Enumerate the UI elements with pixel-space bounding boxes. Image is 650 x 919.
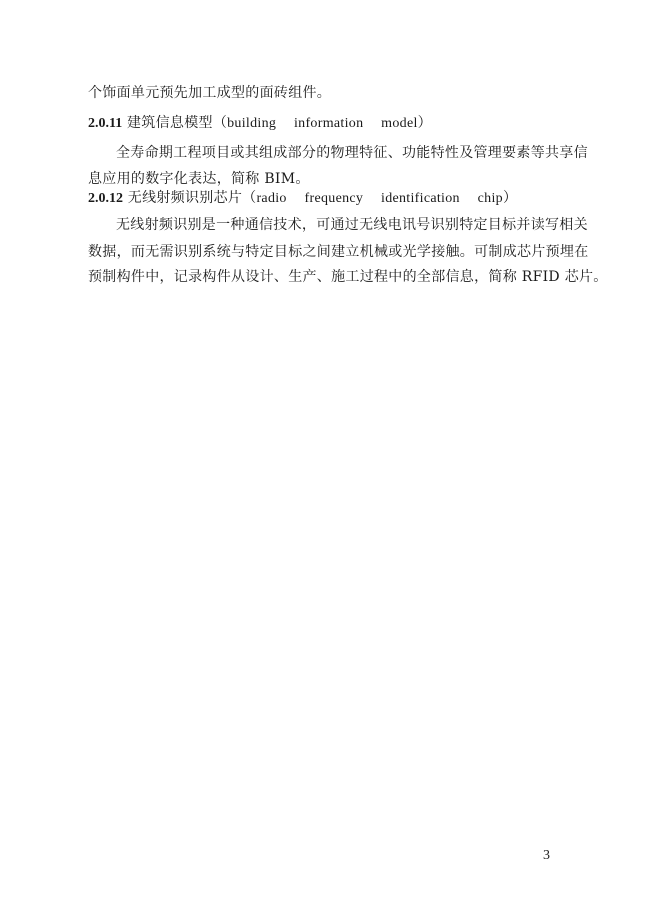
definition-line: 预制构件中，记录构件从设计、生产、施工过程中的全部信息，简称 RFID 芯片。	[88, 268, 608, 286]
term-title-en: （building information model）	[213, 116, 432, 131]
document-page: 个饰面单元预先加工成型的面砖组件。 2.0.11 建筑信息模型（building…	[0, 0, 650, 919]
section-heading-2-0-11: 2.0.11 建筑信息模型（building information model…	[88, 114, 432, 133]
paragraph-line: 个饰面单元预先加工成型的面砖组件。	[88, 84, 331, 102]
term-title-cn: 建筑信息模型	[127, 115, 213, 131]
term-title-en: （radio frequency identification chip）	[242, 191, 517, 206]
section-number: 2.0.11	[88, 116, 122, 131]
definition-line: 全寿命期工程项目或其组成部分的物理特征、功能特性及管理要素等共享信	[116, 144, 588, 162]
definition-line: 无线射频识别是一种通信技术，可通过无线电讯号识别特定目标并读写相关	[116, 216, 588, 234]
term-title-cn: 无线射频识别芯片	[128, 190, 242, 206]
section-heading-2-0-12: 2.0.12 无线射频识别芯片（radio frequency identifi…	[88, 189, 517, 208]
definition-line: 数据，而无需识别系统与特定目标之间建立机械或光学接触。可制成芯片预埋在	[88, 243, 589, 261]
definition-line: 息应用的数字化表达，简称 BIM。	[88, 170, 310, 188]
section-number: 2.0.12	[88, 191, 123, 206]
page-number: 3	[543, 848, 550, 864]
